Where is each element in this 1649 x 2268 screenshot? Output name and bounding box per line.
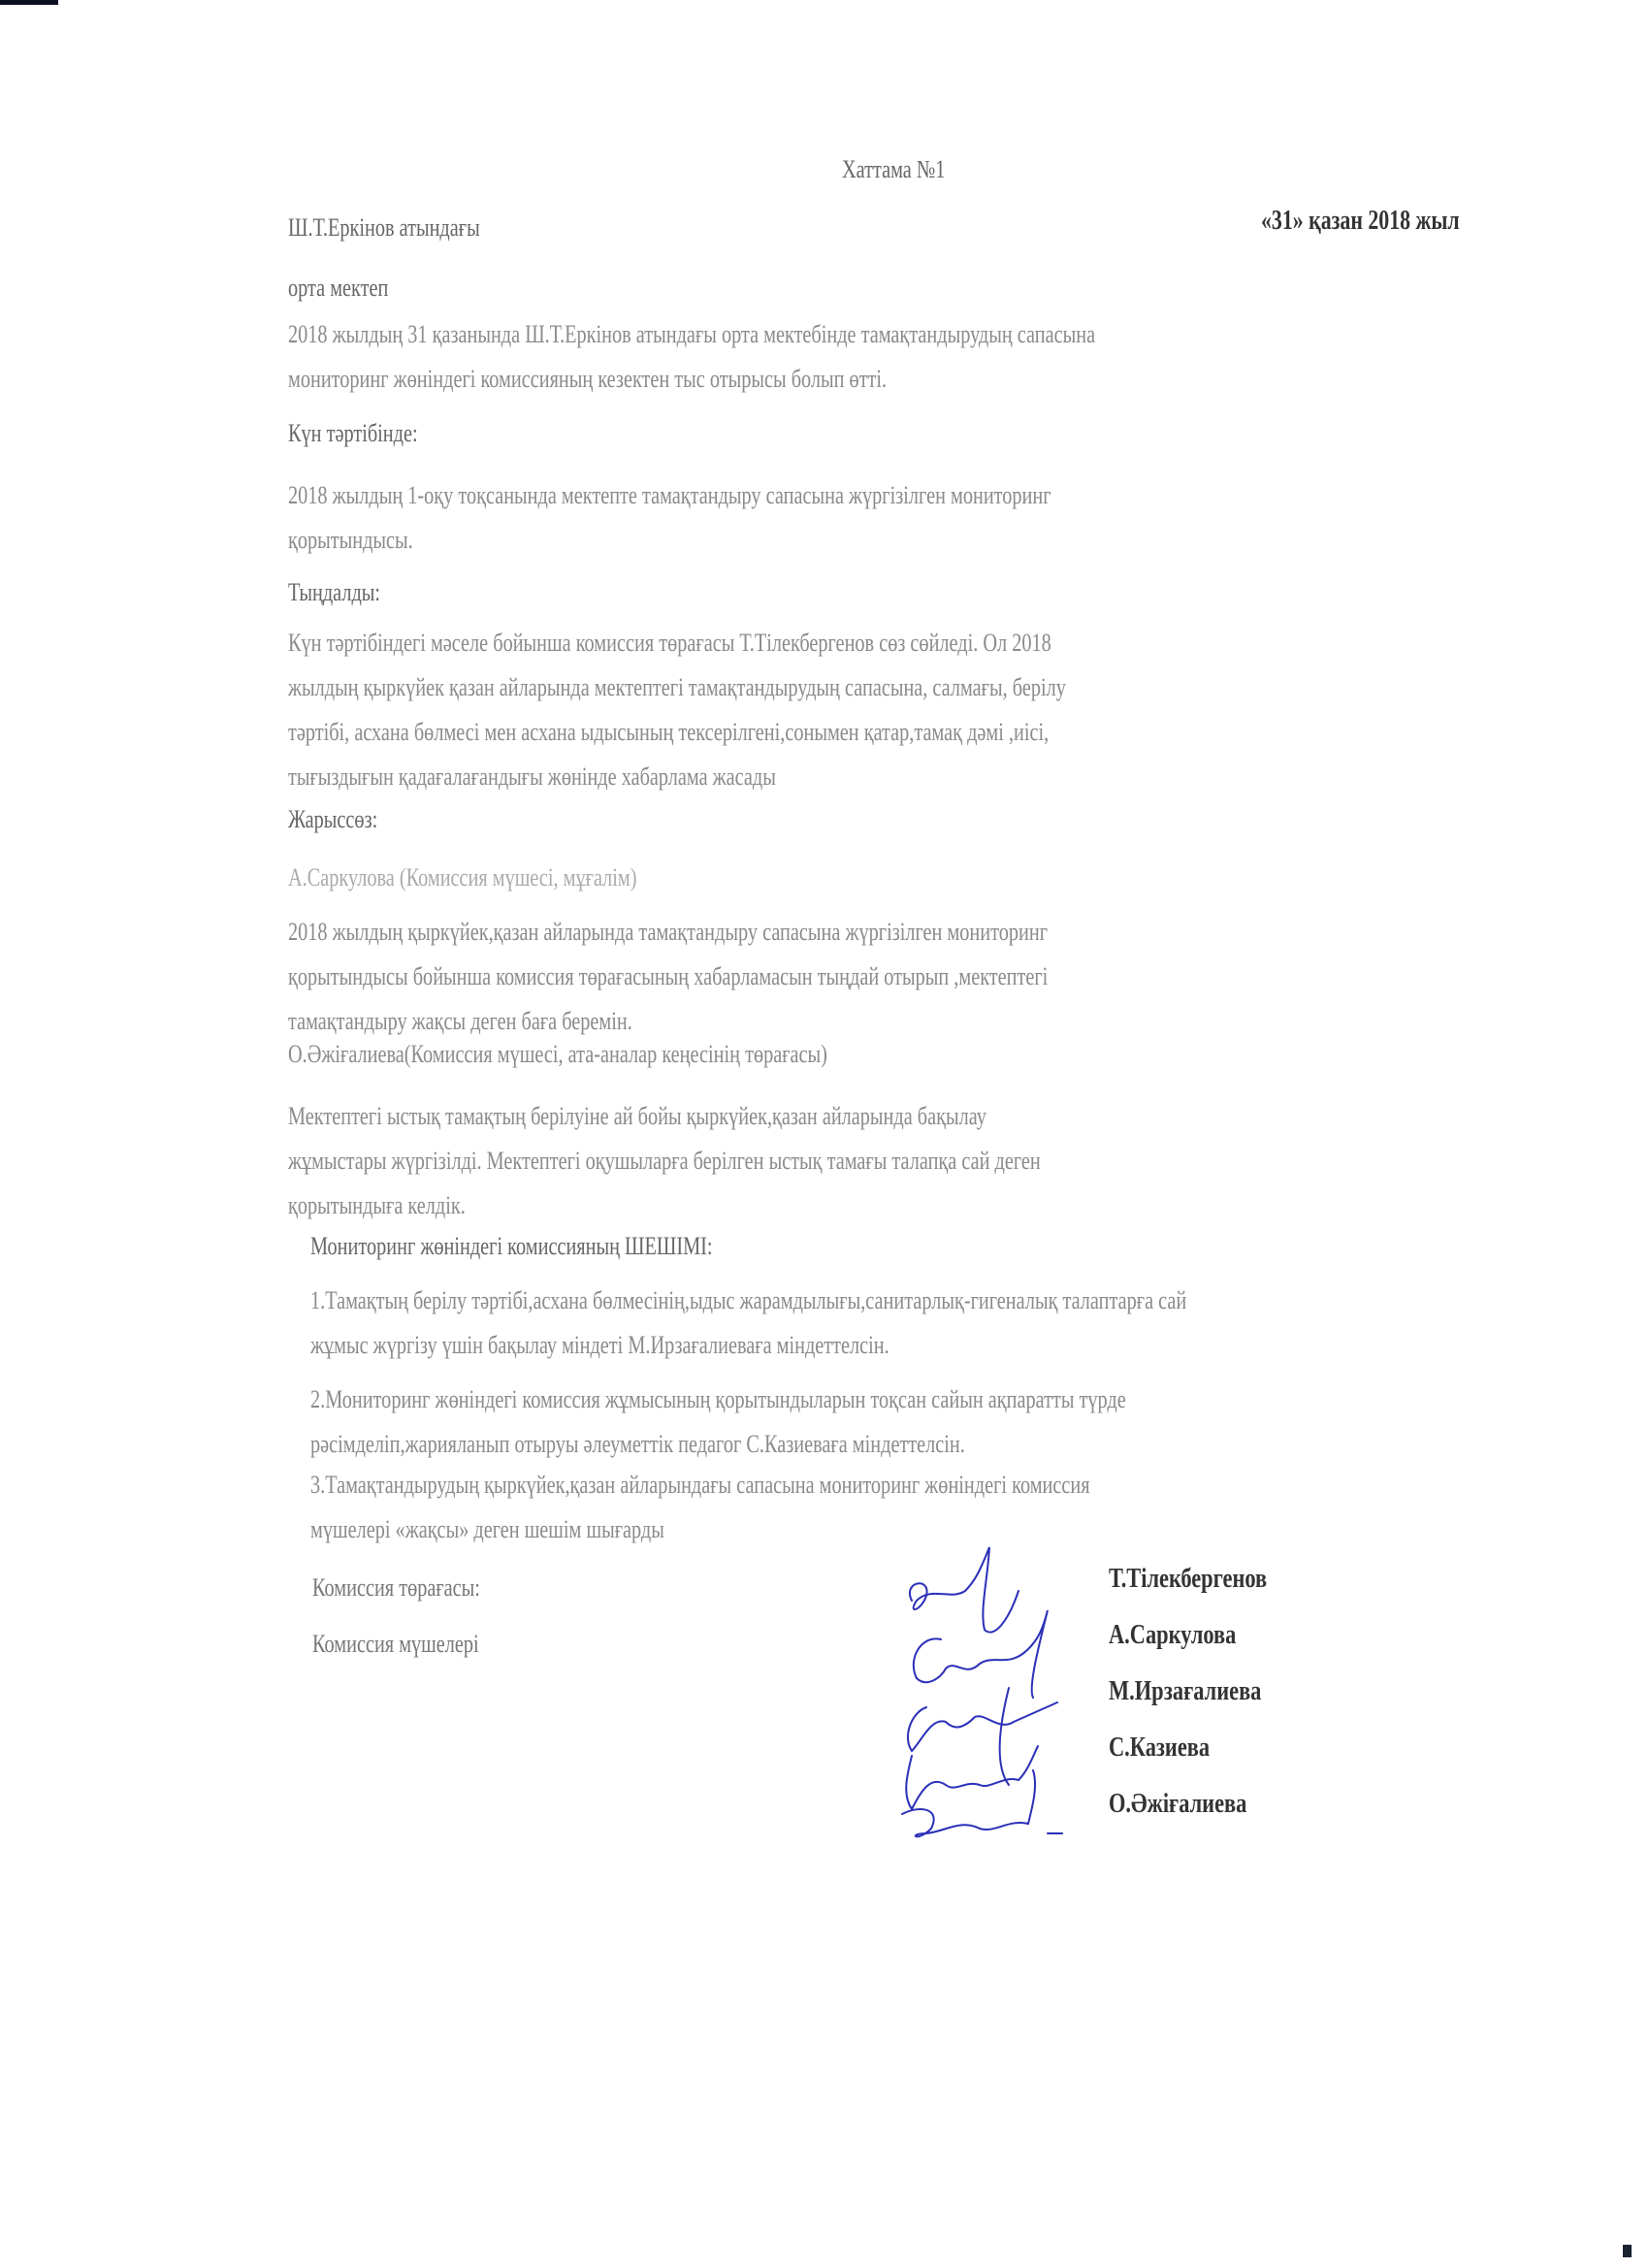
signatory-name: А.Саркулова bbox=[1109, 1620, 1236, 1651]
signatory-name: С.Казиева bbox=[1109, 1733, 1210, 1764]
decision-line: жұмыс жүргізу үшін бақылау міндеті М.Ирз… bbox=[310, 1323, 1302, 1368]
discussion-heading: Жарыссөз: bbox=[288, 805, 377, 834]
speaker2-text: Мектептегі ыстық тамақтың берілуіне ай б… bbox=[288, 1094, 1559, 1228]
heard-heading: Тыңдалды: bbox=[288, 578, 380, 607]
handwritten-signatures bbox=[873, 1542, 1096, 1853]
agenda-line: 2018 жылдың 1-оқу тоқсанында мектепте та… bbox=[288, 473, 1279, 518]
document-date: «31» қазан 2018 жыл bbox=[1261, 206, 1460, 237]
speaker2-line: Мектептегі ыстық тамақтың берілуіне ай б… bbox=[288, 1094, 1279, 1139]
heard-line: тығыздығын қадағалағандығы жөнінде хабар… bbox=[288, 755, 1279, 799]
speaker2-line: жұмыстары жүргізілді. Мектептегі оқушыла… bbox=[288, 1139, 1279, 1183]
heard-line: жылдың қыркүйек қазан айларында мектепте… bbox=[288, 665, 1279, 710]
scan-artifact-top-left bbox=[0, 0, 58, 5]
signature-5 bbox=[902, 1770, 1062, 1836]
signature-4 bbox=[906, 1688, 1038, 1809]
decision-heading: Мониторинг жөніндегі комиссияның ШЕШІМІ: bbox=[310, 1232, 713, 1261]
signatory-name: О.Әжіғалиева bbox=[1109, 1789, 1246, 1820]
school-name-line2: орта мектеп bbox=[288, 274, 388, 303]
heard-line: тәртібі, асхана бөлмесі мен асхана ыдысы… bbox=[288, 710, 1279, 755]
school-name-line1: Ш.Т.Еркінов атындағы bbox=[288, 213, 480, 243]
signatory-name: М.Ирзағалиева bbox=[1109, 1676, 1261, 1707]
intro-paragraph: 2018 жылдың 31 қазанында Ш.Т.Еркінов аты… bbox=[288, 312, 1559, 402]
speaker2-line: қорытындыға келдік. bbox=[288, 1183, 1279, 1228]
decision-2: 2.Мониторинг жөніндегі комиссия жұмысыны… bbox=[310, 1377, 1581, 1467]
speaker1-line: 2018 жылдың қыркүйек,қазан айларында там… bbox=[288, 910, 1279, 955]
decision-line: мүшелері «жақсы» деген шешім шығарды bbox=[310, 1507, 1302, 1552]
agenda-line: қорытындысы. bbox=[288, 518, 1279, 563]
scan-artifact-bottom-right bbox=[1623, 2245, 1632, 2257]
decision-line: рәсімделіп,жарияланып отыруы әлеуметтік … bbox=[310, 1422, 1302, 1467]
decision-line: 2.Мониторинг жөніндегі комиссия жұмысыны… bbox=[310, 1377, 1302, 1422]
signature-1 bbox=[910, 1547, 1018, 1633]
decision-line: 1.Тамақтың берілу тәртібі,асхана бөлмесі… bbox=[310, 1279, 1302, 1323]
intro-line: 2018 жылдың 31 қазанында Ш.Т.Еркінов аты… bbox=[288, 312, 1279, 357]
signature-2 bbox=[914, 1610, 1048, 1698]
speaker2-name: О.Әжіғалиева(Комиссия мүшесі, ата-аналар… bbox=[288, 1040, 827, 1069]
decision-line: 3.Тамақтандырудың қыркүйек,қазан айларын… bbox=[310, 1463, 1302, 1507]
speaker1-text: 2018 жылдың қыркүйек,қазан айларында там… bbox=[288, 910, 1559, 1044]
decision-1: 1.Тамақтың берілу тәртібі,асхана бөлмесі… bbox=[310, 1279, 1581, 1368]
heard-line: Күн тәртібіндегі мәселе бойынша комиссия… bbox=[288, 621, 1279, 665]
intro-line: мониторинг жөніндегі комиссияның кезекте… bbox=[288, 357, 1279, 402]
speaker1-line: қорытындысы бойынша комиссия төрағасының… bbox=[288, 955, 1279, 999]
signatory-name: Т.Тілекбергенов bbox=[1109, 1564, 1267, 1595]
chair-label: Комиссия төрағасы: bbox=[312, 1573, 480, 1603]
members-label: Комиссия мүшелері bbox=[312, 1630, 479, 1659]
agenda-heading: Күн тәртібінде: bbox=[288, 419, 418, 448]
speaker1-name: А.Саркулова (Комиссия мүшесі, мұғалім) bbox=[288, 863, 636, 892]
document-title: Хаттама №1 bbox=[842, 155, 945, 184]
speaker1-line: тамақтандыру жақсы деген баға беремін. bbox=[288, 999, 1279, 1044]
agenda-paragraph: 2018 жылдың 1-оқу тоқсанында мектепте та… bbox=[288, 473, 1559, 563]
decision-3: 3.Тамақтандырудың қыркүйек,қазан айларын… bbox=[310, 1463, 1581, 1552]
signature-3 bbox=[908, 1702, 1057, 1751]
heard-paragraph: Күн тәртібіндегі мәселе бойынша комиссия… bbox=[288, 621, 1559, 799]
